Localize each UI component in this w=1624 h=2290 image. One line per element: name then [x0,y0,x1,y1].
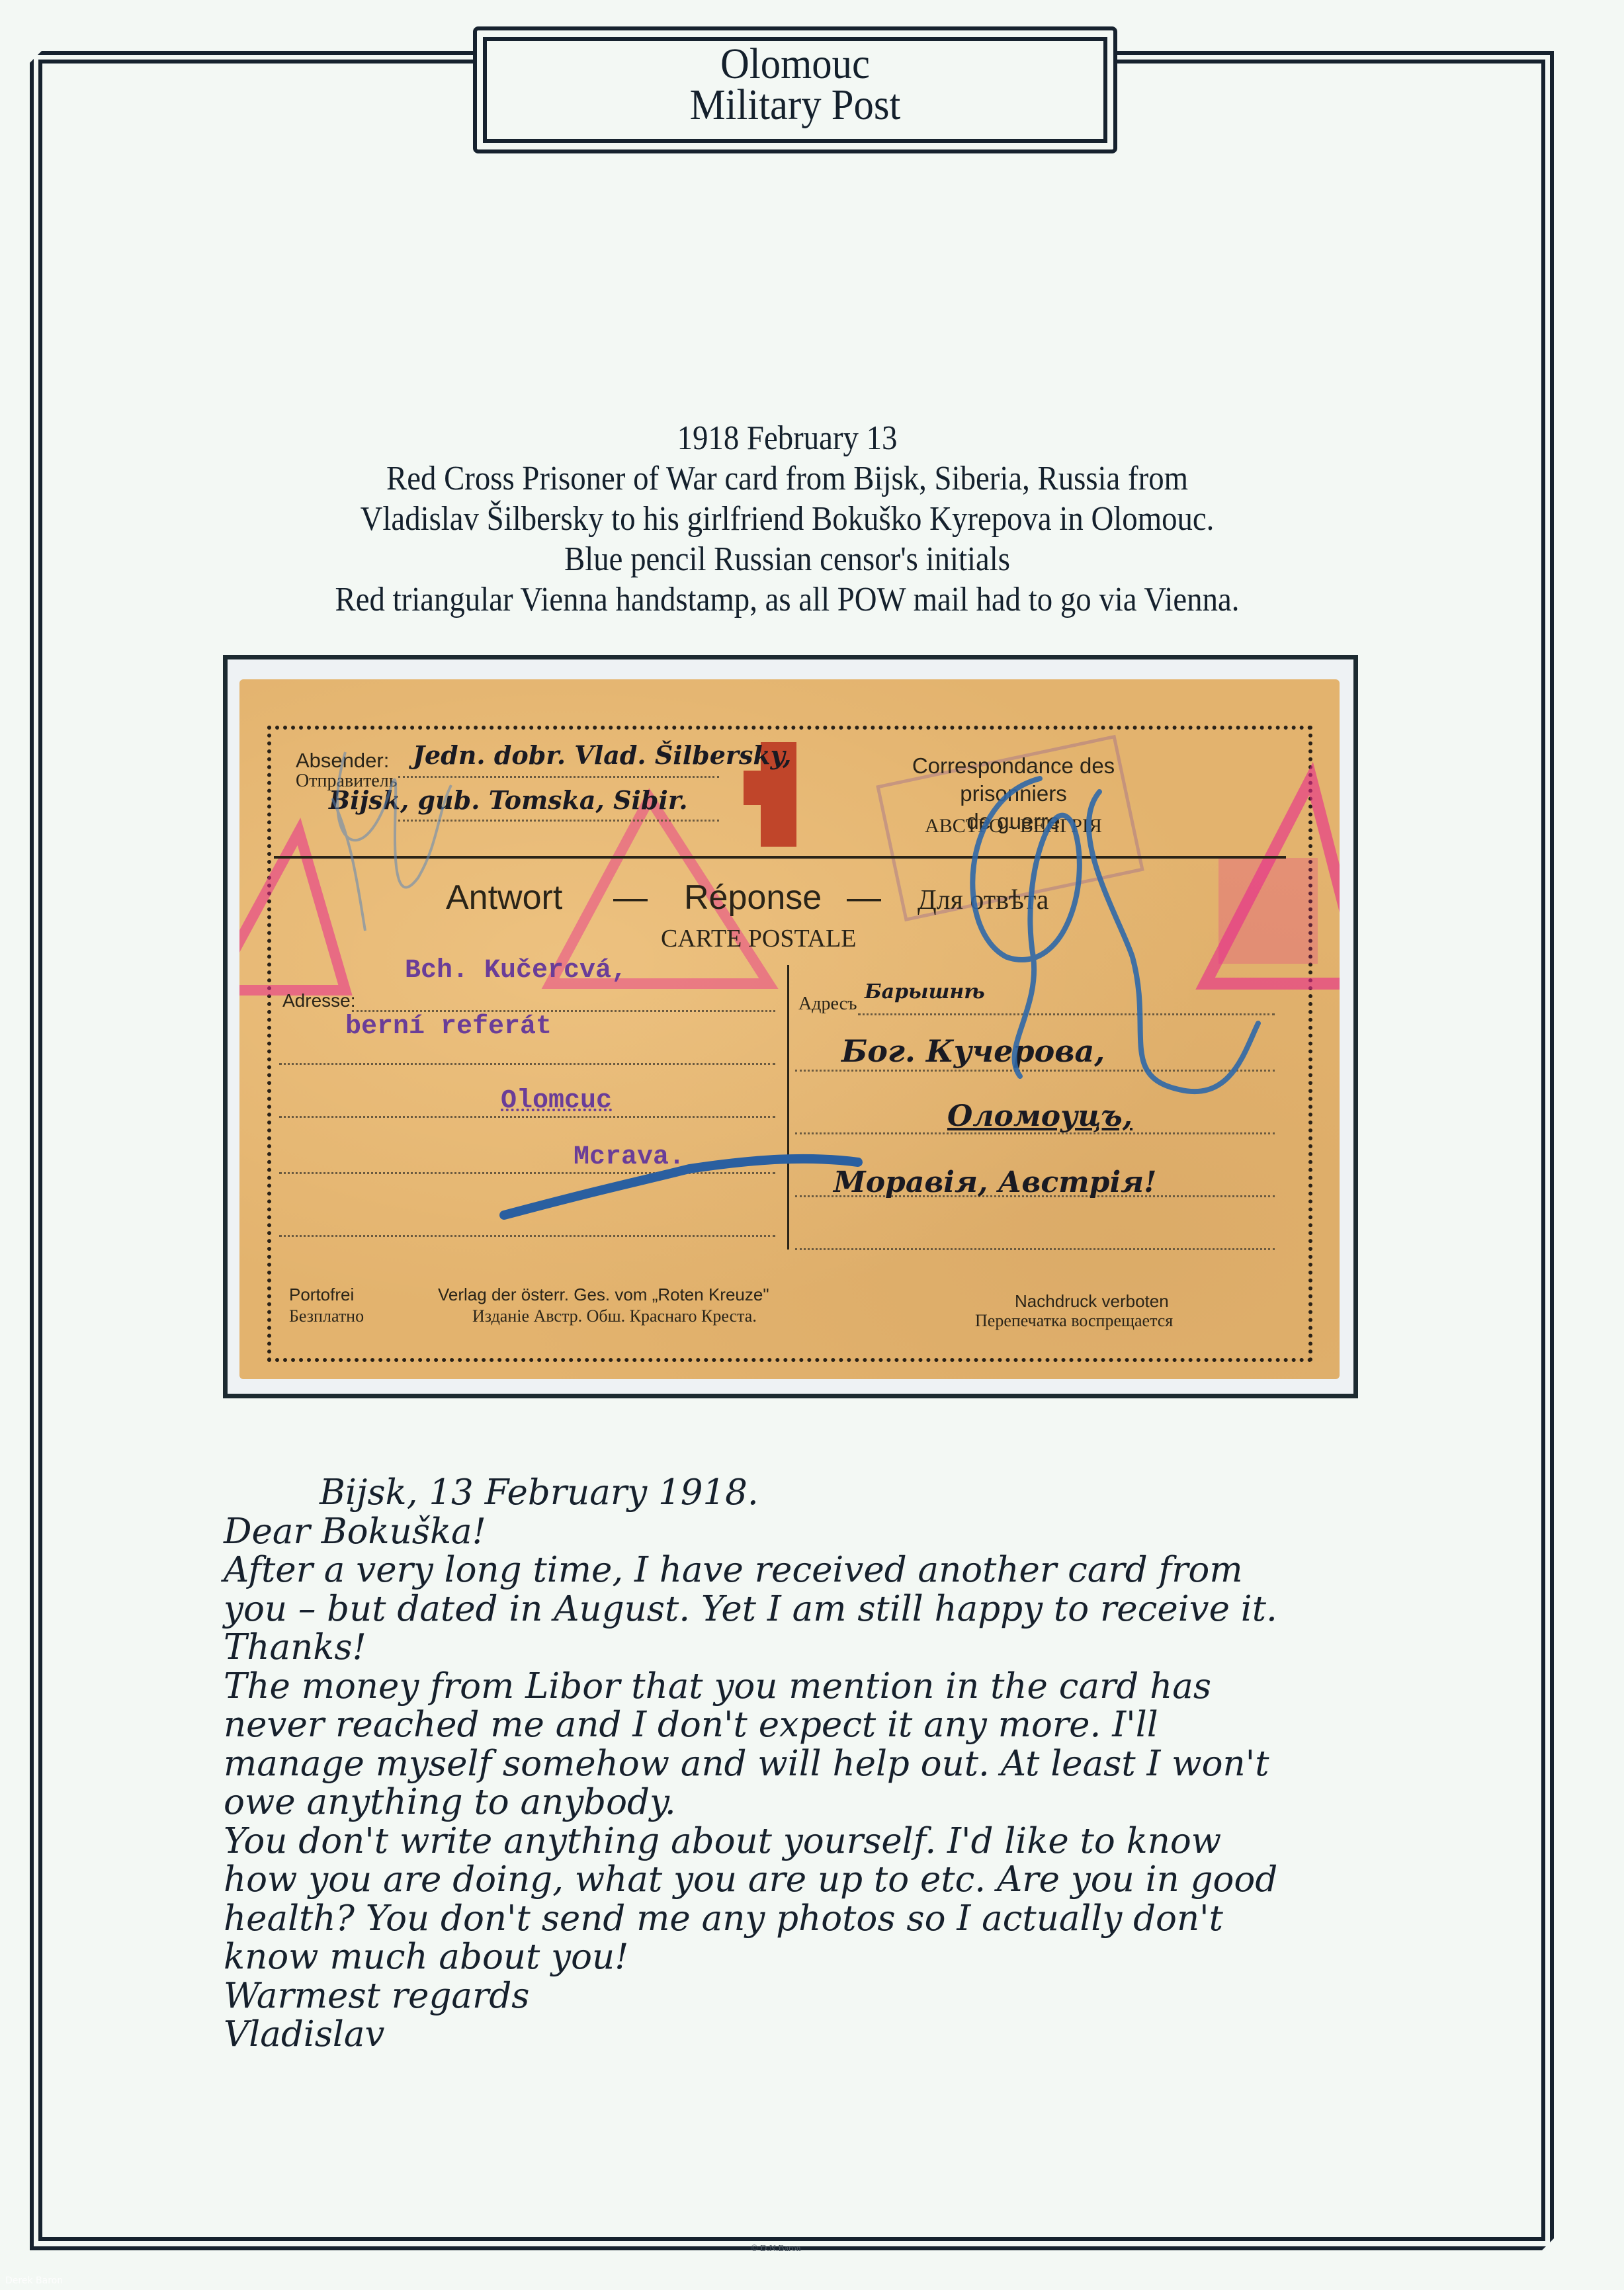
caption-line: Red triangular Vienna handstamp, as all … [198,579,1377,620]
watermark: Derek Baron [5,2275,63,2286]
caption-date: 1918 February 13 [198,418,1377,458]
letter-dateline: Bijsk, 13 February 1918. [224,1474,1414,1513]
publisher: Verlag der österr. Ges. vom „Roten Kreuz… [438,1285,769,1305]
title-city: Olomouc [508,44,1082,85]
letter-line: After a very long time, I have received … [224,1551,1414,1590]
blue-pencil-censor-mark-icon [239,679,1340,1379]
letter-line: Dear Bokuška! [224,1513,1414,1552]
letter-line: Thanks! [224,1629,1414,1668]
letter-line: health? You don't send me any photos so … [224,1900,1414,1939]
letter-line: never reached me and I don't expect it a… [224,1706,1414,1745]
publisher-ru: Изданіе Австр. Обш. Краснаго Креста. [472,1306,757,1326]
letter-line: you – but dated in August. Yet I am stil… [224,1590,1414,1629]
page-title: Olomouc Military Post [483,37,1107,126]
letter-line: The money from Libor that you mention in… [224,1668,1414,1707]
reprint-notice-ru: Перепечатка воспрещается [975,1311,1173,1331]
letter-line: know much about you! [224,1938,1414,1977]
caption-line: Red Cross Prisoner of War card from Bijs… [198,458,1377,499]
copyright-notice: © D.N.Baron [751,2244,801,2254]
caption-line: Blue pencil Russian censor's initials [198,539,1377,579]
letter-signature: Vladislav [224,2015,1414,2055]
letter-transcription: Bijsk, 13 February 1918. Dear Bokuška! A… [224,1474,1414,2055]
portofrei: Portofrei [289,1285,354,1305]
letter-line: You don't write anything about yourself.… [224,1822,1414,1861]
letter-line: how you are doing, what you are up to et… [224,1861,1414,1900]
item-description: 1918 February 13 Red Cross Prisoner of W… [132,418,1442,620]
letter-line: manage myself somehow and will help out.… [224,1745,1414,1784]
caption-line: Vladislav Šilbersky to his girlfriend Bo… [198,499,1377,539]
title-subtitle: Military Post [508,85,1082,126]
reprint-notice: Nachdruck verboten [1015,1291,1169,1312]
portofrei-ru: Безплатно [289,1306,364,1326]
postcard: Absender: Отправитель Jedn. dobr. Vlad. … [239,679,1340,1379]
letter-line: owe anything to anybody. [224,1783,1414,1822]
letter-line: Warmest regards [224,1977,1414,2016]
